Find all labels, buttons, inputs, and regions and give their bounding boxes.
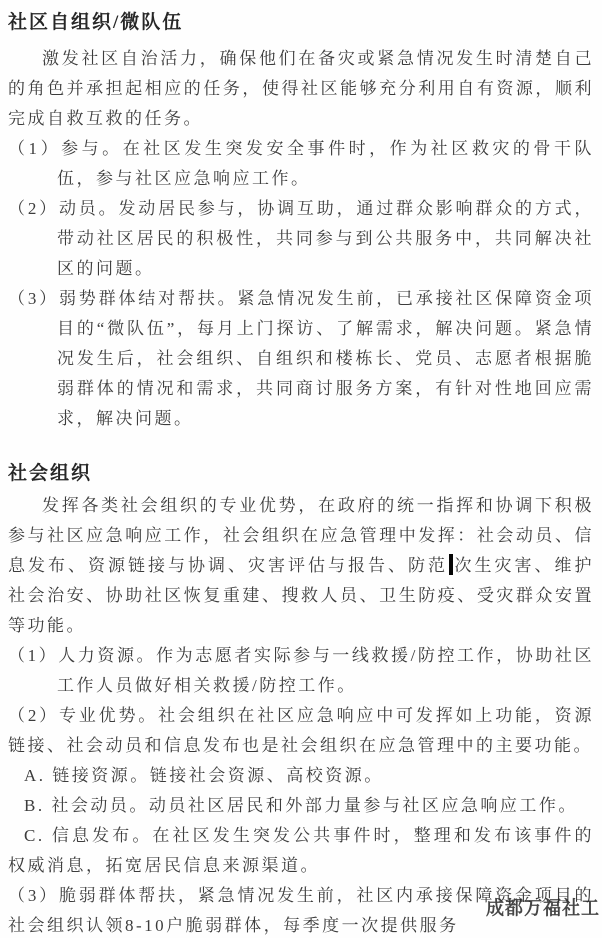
section1-item-3: （3）弱势群体结对帮扶。紧急情况发生前，已承接社区保障资金项目的“微队伍”，每月… <box>8 284 594 434</box>
section1-item-1: （1）参与。在社区发生突发安全事件时，作为社区救灾的骨干队伍，参与社区应急响应工… <box>8 134 594 194</box>
list-item-text: 动员。发动居民参与，协调互助，通过群众影响群众的方式，带动社区居民的积极性，共同… <box>57 199 594 278</box>
document-page: 社区自组织/微队伍 激发社区自治活力，确保他们在备灾或紧急情况发生时清楚自己的角… <box>0 0 602 938</box>
text-cursor-caret <box>449 554 453 575</box>
list-item-label: （3） <box>8 289 59 308</box>
list-item-label: （1） <box>8 646 58 665</box>
section2-item-1: （1）人力资源。作为志愿者实际参与一线救援/防控工作，协助社区工作人员做好相关救… <box>8 641 594 701</box>
list-item-text: 参与。在社区发生突发安全事件时，作为社区救灾的骨干队伍，参与社区应急响应工作。 <box>57 139 594 188</box>
section2-title: 社会组织 <box>8 459 594 489</box>
list-item-label: （2） <box>8 199 59 218</box>
list-item-text: 人力资源。作为志愿者实际参与一线救援/防控工作，协助社区工作人员做好相关救援/防… <box>57 646 594 695</box>
section2-sub-item-b: B. 社会动员。动员社区居民和外部力量参与社区应急响应工作。 <box>8 791 594 821</box>
section2-item-2: （2）专业优势。社会组织在社区应急响应中可发挥如上功能，资源链接、社会动员和信息… <box>8 701 594 761</box>
section1-item-2: （2）动员。发动居民参与，协调互助，通过群众影响群众的方式，带动社区居民的积极性… <box>8 194 594 284</box>
section2-intro-paragraph: 发挥各类社会组织的专业优势，在政府的统一指挥和协调下积极参与社区应急响应工作，社… <box>8 491 594 641</box>
section2-sub-item-a: A. 链接资源。链接社会资源、高校资源。 <box>8 761 594 791</box>
watermark: 成都万福社工 <box>486 897 600 921</box>
section1-title: 社区自组织/微队伍 <box>8 8 594 38</box>
list-item-label: （1） <box>8 139 61 158</box>
section1-intro-paragraph: 激发社区自治活力，确保他们在备灾或紧急情况发生时清楚自己的角色并承担起相应的任务… <box>8 44 594 134</box>
section2-sub-item-c: C. 信息发布。在社区发生突发公共事件时，整理和发布该事件的权威消息，拓宽居民信… <box>8 821 594 881</box>
list-item-text: 弱势群体结对帮扶。紧急情况发生前，已承接社区保障资金项目的“微队伍”，每月上门探… <box>57 289 594 428</box>
